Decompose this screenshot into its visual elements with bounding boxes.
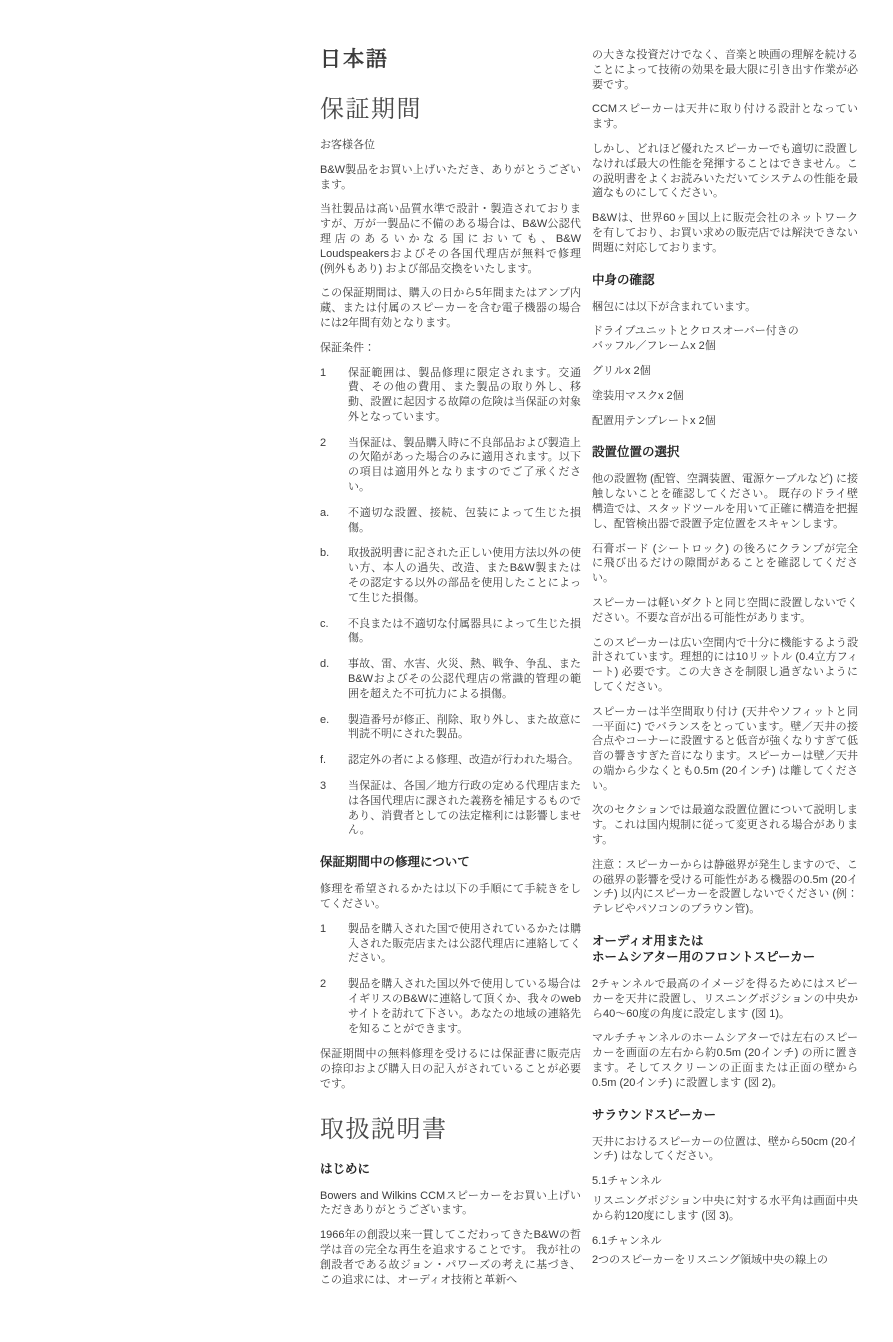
- list-marker: c.: [320, 617, 348, 647]
- list-item: 3当保証は、各国／地方行政の定める代理店または各国代理店に課された義務を補足する…: [320, 779, 581, 838]
- list-item-text: 事故、雷、水害、火災、熱、戦争、争乱、またB&Wおよびその公認代理店の常識的管理…: [348, 657, 581, 701]
- list-marker: 2: [320, 977, 348, 1036]
- subsection-heading: 保証期間中の修理について: [320, 854, 581, 870]
- list-marker: 3: [320, 779, 348, 838]
- right-column: の大きな投資だけでなく、音楽と映画の理解を続けることによって技術の効果を最大限に…: [592, 48, 858, 1278]
- list-item: 2製品を購入された国以外で使用している場合はイギリスのB&Wに連絡して頂くか、我…: [320, 977, 581, 1036]
- paragraph: 当社製品は高い品質水準で設計・製造されておりますが、万が一製品に不備のある場合は…: [320, 202, 581, 276]
- paragraph: 修理を希望されるかたは以下の手順にて手続きをしてください。: [320, 882, 581, 912]
- manual-page: 日本語保証期間お客様各位B&W製品をお買い上げいただき、ありがとうございます。当…: [0, 0, 893, 1342]
- paragraph: 2チャンネルで最高のイメージを得るためにはスピーカーを天井に設置し、リスニングポ…: [592, 977, 858, 1021]
- paragraph: マルチチャンネルのホームシアターでは左右のスピーカーを画面の左右から約0.5m …: [592, 1031, 858, 1090]
- list-item: f.認定外の者による修理、改造が行われた場合。: [320, 753, 581, 768]
- list-marker: a.: [320, 506, 348, 536]
- paragraph: 石膏ボード (シートロック) の後ろにクランプが完全に飛び出るだけの隙間があるこ…: [592, 542, 858, 586]
- list-item-text: 当保証は、製品購入時に不良部品および製造上の欠陥があった場合のみに適用されます。…: [348, 436, 581, 495]
- list-item: 2当保証は、製品購入時に不良部品および製造上の欠陥があった場合のみに適用されます…: [320, 436, 581, 495]
- list-marker: d.: [320, 657, 348, 701]
- paragraph: 1966年の創設以来一貫してこだわってきたB&Wの哲学は音の完全な再生を追求する…: [320, 1228, 581, 1287]
- list-item: 1保証範囲は、製品修理に限定されます。交通費、その他の費用、また製品の取り外し、…: [320, 366, 581, 425]
- paragraph: 他の設置物 (配管、空調装置、電源ケーブルなど) に接触しないことを確認してくだ…: [592, 472, 858, 531]
- paragraph: 2つのスピーカーをリスニング領域中央の線上の: [592, 1253, 858, 1268]
- list-marker: b.: [320, 546, 348, 605]
- content-line: ドライブユニットとクロスオーバー付きの バッフル／フレームx 2個: [592, 324, 858, 354]
- content-line: 塗装用マスクx 2個: [592, 389, 858, 404]
- paragraph: この保証期間は、購入の日から5年間またはアンプ内蔵、または付属のスピーカーを含む…: [320, 286, 581, 330]
- paragraph: 梱包には以下が含まれています。: [592, 300, 858, 315]
- paragraph: 次のセクションでは最適な設置位置について説明します。これは国内規制に従って変更さ…: [592, 803, 858, 847]
- list-item: 1製品を購入された国で使用されているかたは購入された販売店または公認代理店に連絡…: [320, 922, 581, 966]
- list-item-text: 取扱説明書に記された正しい使用方法以外の使い方、本人の過失、改造、またB&W製ま…: [348, 546, 581, 605]
- subsection-heading: はじめに: [320, 1161, 581, 1177]
- list-item-text: 製造番号が修正、削除、取り外し、また故意に判読不明にされた製品。: [348, 713, 581, 743]
- paragraph: お客様各位: [320, 138, 581, 153]
- paragraph: CCMスピーカーは天井に取り付ける設計となっています。: [592, 102, 858, 132]
- channel-label: 5.1チャンネル: [592, 1174, 858, 1189]
- paragraph: スピーカーは軽いダクトと同じ空間に設置しないでください。不要な音が出る可能性があ…: [592, 596, 858, 626]
- list-marker: 1: [320, 922, 348, 966]
- content-line: 配置用テンプレートx 2個: [592, 414, 858, 429]
- list-item-text: 認定外の者による修理、改造が行われた場合。: [348, 753, 581, 768]
- paragraph: しかし、どれほど優れたスピーカーでも適切に設置しなければ最大の性能を発揮すること…: [592, 142, 858, 201]
- language-heading: 日本語: [320, 48, 581, 72]
- list-marker: e.: [320, 713, 348, 743]
- paragraph: 保証期間中の無料修理を受けるには保証書に販売店の捺印および購入日の記入がされてい…: [320, 1047, 581, 1091]
- paragraph: リスニングポジション中央に対する水平角は画面中央から約120度にします (図 3…: [592, 1194, 858, 1224]
- left-column: 日本語保証期間お客様各位B&W製品をお買い上げいただき、ありがとうございます。当…: [320, 48, 581, 1297]
- subsection-heading: 中身の確認: [592, 272, 858, 288]
- list-item: e.製造番号が修正、削除、取り外し、また故意に判読不明にされた製品。: [320, 713, 581, 743]
- paragraph: B&W製品をお買い上げいただき、ありがとうございます。: [320, 163, 581, 193]
- paragraph: の大きな投資だけでなく、音楽と映画の理解を続けることによって技術の効果を最大限に…: [592, 48, 858, 92]
- list-item: a.不適切な設置、接続、包装によって生じた損傷。: [320, 506, 581, 536]
- list-marker: 2: [320, 436, 348, 495]
- channel-label: 6.1チャンネル: [592, 1234, 858, 1249]
- list-item: c.不良または不適切な付属器具によって生じた損傷。: [320, 617, 581, 647]
- paragraph: 保証条件：: [320, 341, 581, 356]
- list-item-text: 当保証は、各国／地方行政の定める代理店または各国代理店に課された義務を補足するも…: [348, 779, 581, 838]
- list-marker: f.: [320, 753, 348, 768]
- paragraph: このスピーカーは広い空間内で十分に機能するよう設計されています。理想的には10リ…: [592, 636, 858, 695]
- section-title: 保証期間: [320, 96, 581, 125]
- subsection-heading: 設置位置の選択: [592, 444, 858, 460]
- list-marker: 1: [320, 366, 348, 425]
- list-item: d.事故、雷、水害、火災、熱、戦争、争乱、またB&Wおよびその公認代理店の常識的…: [320, 657, 581, 701]
- list-item-text: 製品を購入された国以外で使用している場合はイギリスのB&Wに連絡して頂くか、我々…: [348, 977, 581, 1036]
- content-line: グリルx 2個: [592, 364, 858, 379]
- subsection-heading: オーディオ用または ホームシアター用のフロントスピーカー: [592, 933, 858, 965]
- paragraph: B&Wは、世界60ヶ国以上に販売会社のネットワークを有しており、お買い求めの販売…: [592, 211, 858, 255]
- paragraph: スピーカーは半空間取り付け (天井やソフィットと同一平面に) でバランスをとって…: [592, 705, 858, 794]
- list-item: b.取扱説明書に記された正しい使用方法以外の使い方、本人の過失、改造、またB&W…: [320, 546, 581, 605]
- section-title: 取扱説明書: [320, 1116, 581, 1145]
- paragraph: 天井におけるスピーカーの位置は、壁から50cm (20インチ) はなしてください…: [592, 1135, 858, 1165]
- list-item-text: 保証範囲は、製品修理に限定されます。交通費、その他の費用、また製品の取り外し、移…: [348, 366, 581, 425]
- paragraph: Bowers and Wilkins CCMスピーカーをお買い上げいただきありが…: [320, 1189, 581, 1219]
- subsection-heading: サラウンドスピーカー: [592, 1107, 858, 1123]
- list-item-text: 製品を購入された国で使用されているかたは購入された販売店または公認代理店に連絡し…: [348, 922, 581, 966]
- list-item-text: 不良または不適切な付属器具によって生じた損傷。: [348, 617, 581, 647]
- paragraph: 注意：スピーカーからは静磁界が発生しますので、この磁界の影響を受ける可能性がある…: [592, 858, 858, 917]
- list-item-text: 不適切な設置、接続、包装によって生じた損傷。: [348, 506, 581, 536]
